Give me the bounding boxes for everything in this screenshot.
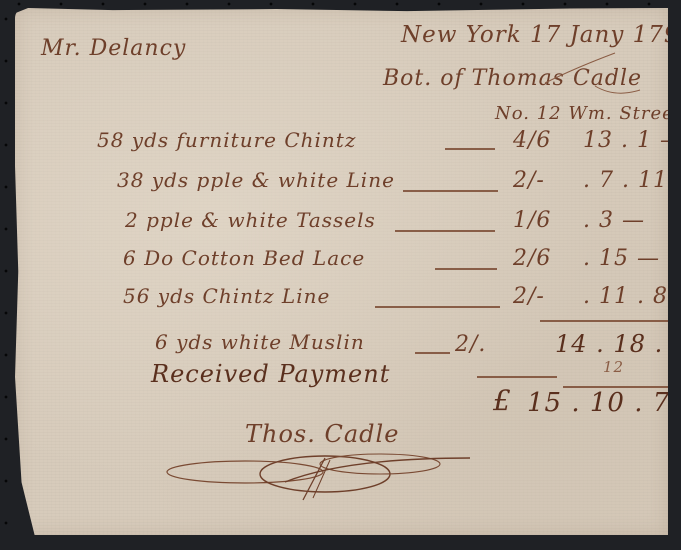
signature-flourish bbox=[165, 448, 485, 528]
line-item-rate: 1/6 bbox=[513, 208, 551, 233]
line-item-rate: 2/- bbox=[513, 168, 545, 193]
signature: Thos. Cadle bbox=[245, 420, 399, 448]
line-item-rate: 2/. bbox=[455, 332, 486, 357]
line-item-amount: . 15 — bbox=[583, 246, 660, 271]
receipt-paper: Mr. Delancy New York 17 Jany 1794 Bot. o… bbox=[15, 8, 668, 535]
leader-rule bbox=[415, 352, 450, 354]
line-item-description: 56 yds Chintz Line bbox=[123, 284, 330, 308]
received-payment-note: Received Payment bbox=[151, 360, 390, 388]
line-item: 38 yds pple & white Line bbox=[117, 168, 395, 192]
place-date: New York 17 Jany 1794 bbox=[401, 22, 681, 48]
header-flourish bbox=[535, 48, 645, 98]
total-amount: 15 . 10 . 7 bbox=[527, 388, 670, 418]
line-item-description: 2 pple & white Tassels bbox=[125, 208, 376, 232]
line-item: 2 pple & white Tassels bbox=[125, 208, 376, 232]
line-item-rate: 4/6 bbox=[513, 128, 551, 153]
total-currency: £ bbox=[493, 384, 512, 417]
line-item-rate: 2/- bbox=[513, 284, 545, 309]
line-item-amount: . 11 . 8 bbox=[583, 284, 668, 309]
line-item-amount: 13 . 1 — bbox=[583, 128, 681, 153]
addressee: Mr. Delancy bbox=[41, 36, 186, 61]
scan-border-dots-top bbox=[0, 2, 681, 6]
leader-rule bbox=[445, 148, 495, 150]
line-item-description: 38 yds pple & white Line bbox=[117, 168, 395, 192]
merchant-address: No. 12 Wm. Street bbox=[495, 103, 681, 124]
subtotal: 14 . 18 . 7 bbox=[555, 330, 681, 358]
line-item: 6 yds white Muslin bbox=[155, 330, 365, 354]
line-item-description: 6 Do Cotton Bed Lace bbox=[123, 246, 365, 270]
line-item-description: 58 yds furniture Chintz bbox=[97, 128, 356, 152]
leader-rule bbox=[395, 230, 495, 232]
total-rule-left bbox=[477, 376, 557, 378]
line-item: 6 Do Cotton Bed Lace bbox=[123, 246, 365, 270]
line-item: 58 yds furniture Chintz bbox=[97, 128, 356, 152]
line-item-amount: . 7 . 11 bbox=[583, 168, 668, 193]
muslin-amount: 12 bbox=[603, 358, 624, 376]
line-item-rate: 2/6 bbox=[513, 246, 551, 271]
line-item: 56 yds Chintz Line bbox=[123, 284, 330, 308]
leader-rule bbox=[403, 190, 498, 192]
sum-rule bbox=[540, 320, 668, 322]
line-item-amount: . 3 — bbox=[583, 208, 645, 233]
line-item-description: 6 yds white Muslin bbox=[155, 330, 365, 354]
leader-rule bbox=[375, 306, 500, 308]
leader-rule bbox=[435, 268, 497, 270]
scan-border-dots-left bbox=[4, 0, 8, 550]
